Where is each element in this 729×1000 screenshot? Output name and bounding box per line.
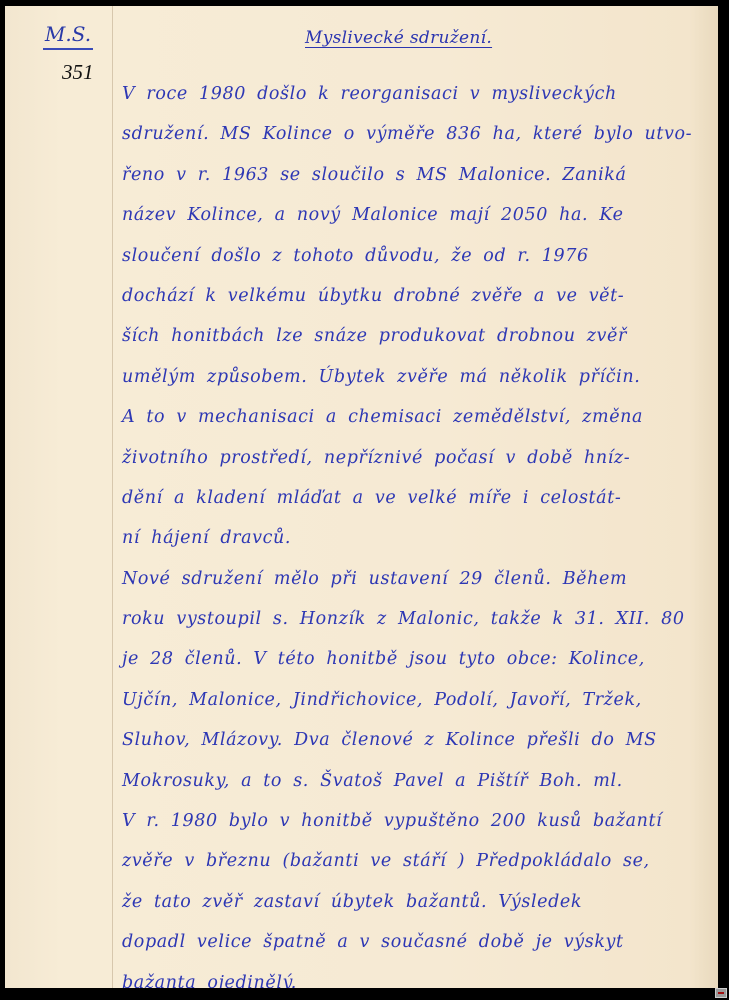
minimize-icon[interactable] xyxy=(715,988,727,998)
text-line: V r. 1980 bylo v honitbě vypuštěno 200 k… xyxy=(122,801,712,841)
text-line: zvěře v březnu (bažanti ve stáří ) Předp… xyxy=(122,841,712,881)
text-line: umělým způsobem. Úbytek zvěře má několik… xyxy=(122,357,712,397)
text-line: ní hájení dravců. xyxy=(122,518,712,558)
text-line: řeno v r. 1963 se sloučilo s MS Malonice… xyxy=(122,155,712,195)
text-line: V roce 1980 došlo k reorganisaci v mysli… xyxy=(122,74,712,114)
text-line: název Kolince, a nový Malonice mají 2050… xyxy=(122,195,712,235)
page-title: Myslivecké sdružení. xyxy=(305,28,492,48)
text-line: dění a kladení mláďat a ve velké míře i … xyxy=(122,478,712,518)
margin-line xyxy=(112,6,113,988)
handwritten-text: V roce 1980 došlo k reorganisaci v mysli… xyxy=(122,74,712,988)
margin-label: M.S. xyxy=(43,22,93,50)
text-line: že tato zvěř zastaví úbytek bažantů. Výs… xyxy=(122,882,712,922)
text-line: A to v mechanisaci a chemisaci zemědělst… xyxy=(122,397,712,437)
text-line: dochází k velkému úbytku drobné zvěře a … xyxy=(122,276,712,316)
text-line: sloučení došlo z tohoto důvodu, že od r.… xyxy=(122,236,712,276)
text-line: Sluhov, Mlázovy. Dva členové z Kolince p… xyxy=(122,720,712,760)
page-number: 351 xyxy=(62,60,94,85)
text-line: životního prostředí, nepříznivé počasí v… xyxy=(122,438,712,478)
text-line: je 28 členů. V této honitbě jsou tyto ob… xyxy=(122,639,712,679)
text-line: Mokrosuky, a to s. Švatoš Pavel a Pištíř… xyxy=(122,761,712,801)
text-line: Nové sdružení mělo při ustavení 29 členů… xyxy=(122,559,712,599)
chronicle-page: M.S. 351 Myslivecké sdružení. V roce 198… xyxy=(5,6,718,988)
text-line: roku vystoupil s. Honzík z Malonic, takž… xyxy=(122,599,712,639)
text-line: ších honitbách lze snáze produkovat drob… xyxy=(122,316,712,356)
text-line: bažanta ojedinělý. xyxy=(122,963,712,988)
text-line: sdružení. MS Kolince o výměře 836 ha, kt… xyxy=(122,114,712,154)
text-line: dopadl velice špatně a v současné době j… xyxy=(122,922,712,962)
text-line: Ujčín, Malonice, Jindřichovice, Podolí, … xyxy=(122,680,712,720)
